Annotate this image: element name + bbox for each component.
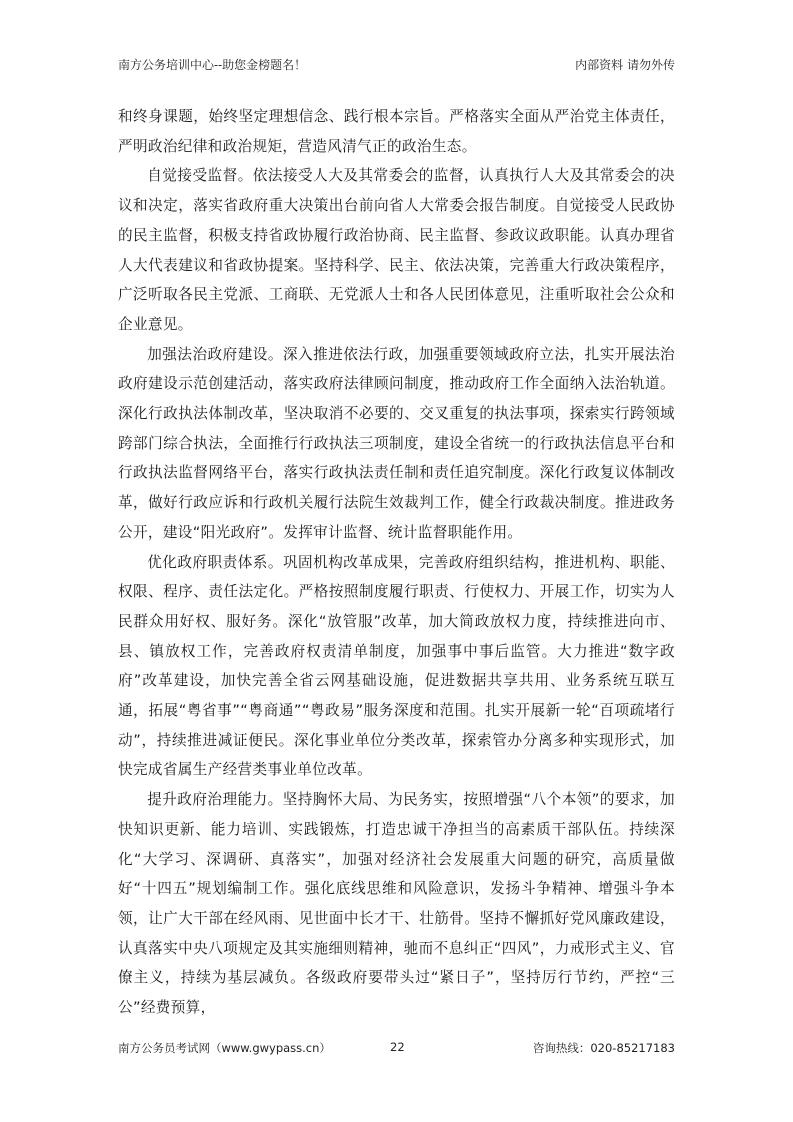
footer-website: 南方公务员考试网（www.gwypass.cn） [118, 1040, 331, 1056]
document-body: 和终身课题，始终坚定理想信念、践行根本宗旨。严格落实全面从严治党主体责任，严明政… [118, 102, 675, 1023]
header-confidential-notice: 内部资料 请勿外传 [575, 56, 675, 73]
header-slogan: 南方公务培训中心--助您金榜题名！ [118, 56, 306, 73]
page-header: 南方公务培训中心--助您金榜题名！ 内部资料 请勿外传 [118, 56, 675, 78]
paragraph-optimize-government-duties: 优化政府职责体系。巩固机构改革成果，完善政府组织结构，推进机构、职能、权限、程序… [118, 548, 675, 786]
page-number: 22 [390, 1040, 405, 1054]
page-footer: 南方公务员考试网（www.gwypass.cn） 22 咨询热线：020-852… [118, 1040, 675, 1060]
footer-hotline: 咨询热线：020-85217183 [533, 1040, 675, 1056]
paragraph-accept-supervision: 自觉接受监督。依法接受人大及其常委会的监督，认真执行人大及其常委会的决议和决定，… [118, 161, 675, 339]
paragraph-rule-of-law-government: 加强法治政府建设。深入推进依法行政，加强重要领域政府立法，扎实开展法治政府建设示… [118, 340, 675, 548]
paragraph-governance-capability: 提升政府治理能力。坚持胸怀大局、为民务实，按照增强“八个本领”的要求，加快知识更… [118, 785, 675, 1023]
paragraph-continuation: 和终身课题，始终坚定理想信念、践行根本宗旨。严格落实全面从严治党主体责任，严明政… [118, 102, 675, 161]
